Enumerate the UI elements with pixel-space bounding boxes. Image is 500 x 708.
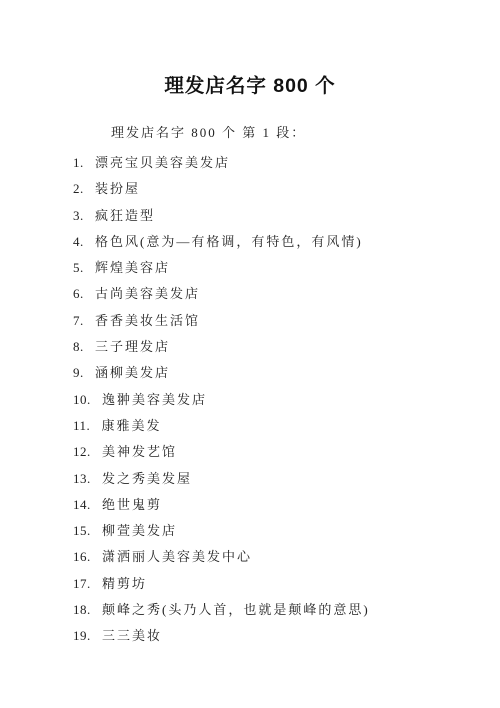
item-text: 颠峰之秀(头乃人首，也就是颠峰的意思)	[102, 602, 370, 617]
list-item: 5. 辉煌美容店	[0, 255, 500, 281]
item-number: 17.	[73, 576, 91, 591]
item-text: 精剪坊	[102, 576, 147, 591]
item-number: 1.	[73, 155, 84, 170]
list-item: 15. 柳萱美发店	[0, 518, 500, 544]
item-number: 18.	[73, 602, 91, 617]
list-item: 11. 康雅美发	[0, 413, 500, 439]
list-item: 14. 绝世鬼剪	[0, 492, 500, 518]
item-number: 3.	[73, 208, 84, 223]
item-text: 三三美妆	[102, 628, 162, 643]
list-item: 9. 涵柳美发店	[0, 360, 500, 386]
item-text: 香香美妆生活馆	[95, 313, 200, 328]
list-item: 16. 潇洒丽人美容美发中心	[0, 544, 500, 570]
item-text: 三子理发店	[95, 339, 170, 354]
name-list: 1. 漂亮宝贝美容美发店 2. 装扮屋 3. 疯狂造型 4. 格色风(意为—有格…	[0, 150, 500, 650]
item-text: 发之秀美发屋	[102, 471, 192, 486]
page-title: 理发店名字 800 个	[0, 72, 500, 100]
list-item: 7. 香香美妆生活馆	[0, 308, 500, 334]
item-text: 古尚美容美发店	[95, 286, 200, 301]
item-text: 康雅美发	[102, 418, 162, 433]
item-number: 8.	[73, 339, 84, 354]
item-number: 4.	[73, 234, 84, 249]
list-item: 19. 三三美妆	[0, 623, 500, 649]
item-text: 美神发艺馆	[102, 444, 177, 459]
item-text: 柳萱美发店	[102, 523, 177, 538]
item-number: 7.	[73, 313, 84, 328]
list-item: 1. 漂亮宝贝美容美发店	[0, 150, 500, 176]
list-item: 3. 疯狂造型	[0, 203, 500, 229]
item-text: 格色风(意为—有格调，有特色，有风情)	[95, 234, 363, 249]
list-item: 6. 古尚美容美发店	[0, 281, 500, 307]
item-number: 14.	[73, 497, 91, 512]
list-item: 13. 发之秀美发屋	[0, 466, 500, 492]
item-number: 10.	[73, 392, 91, 407]
item-text: 逸翀美容美发店	[102, 392, 207, 407]
list-item: 18. 颠峰之秀(头乃人首，也就是颠峰的意思)	[0, 597, 500, 623]
item-text: 装扮屋	[95, 181, 140, 196]
item-number: 13.	[73, 471, 91, 486]
list-item: 12. 美神发艺馆	[0, 439, 500, 465]
item-text: 潇洒丽人美容美发中心	[102, 549, 252, 564]
section-intro: 理发店名字 800 个 第 1 段：	[111, 123, 306, 143]
item-number: 9.	[73, 365, 84, 380]
document-page: 理发店名字 800 个 理发店名字 800 个 第 1 段： 1. 漂亮宝贝美容…	[0, 0, 500, 708]
list-item: 17. 精剪坊	[0, 571, 500, 597]
list-item: 2. 装扮屋	[0, 176, 500, 202]
item-text: 漂亮宝贝美容美发店	[95, 155, 230, 170]
item-number: 12.	[73, 444, 91, 459]
item-text: 涵柳美发店	[95, 365, 170, 380]
item-number: 2.	[73, 181, 84, 196]
item-number: 6.	[73, 286, 84, 301]
item-text: 疯狂造型	[95, 208, 155, 223]
item-number: 16.	[73, 549, 91, 564]
item-number: 15.	[73, 523, 91, 538]
list-item: 10. 逸翀美容美发店	[0, 387, 500, 413]
item-text: 辉煌美容店	[95, 260, 170, 275]
item-text: 绝世鬼剪	[102, 497, 162, 512]
item-number: 5.	[73, 260, 84, 275]
item-number: 11.	[73, 418, 90, 433]
item-number: 19.	[73, 628, 91, 643]
list-item: 8. 三子理发店	[0, 334, 500, 360]
list-item: 4. 格色风(意为—有格调，有特色，有风情)	[0, 229, 500, 255]
